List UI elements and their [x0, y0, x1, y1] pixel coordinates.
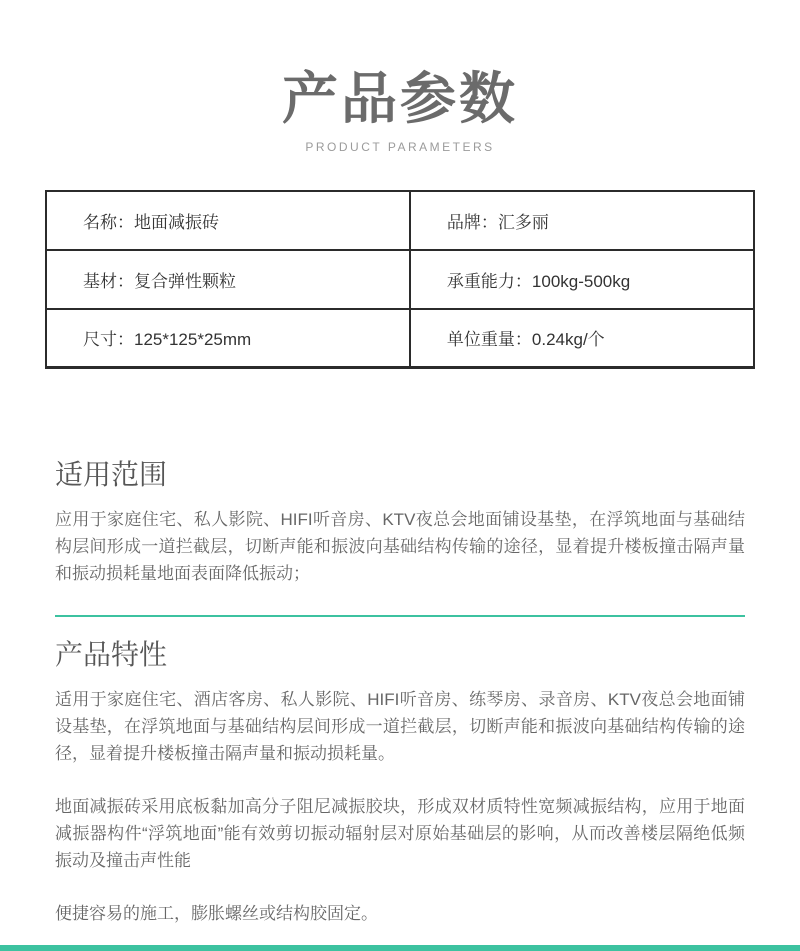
table-row: 尺寸：125*125*25mm 单位重量：0.24kg/个: [46, 309, 754, 368]
section-divider: [55, 615, 745, 617]
page-header: 产品参数 PRODUCT PARAMETERS: [0, 0, 800, 154]
section-product-features: 产品特性 适用于家庭住宅、酒店客房、私人影院、HIFI听音房、练琴房、录音房、K…: [55, 637, 745, 927]
bottom-accent-bar: [0, 945, 800, 951]
spec-cell-brand: 品牌：汇多丽: [410, 191, 754, 250]
product-features-paragraph-3: 便捷容易的施工，膨胀螺丝或结构胶固定。: [55, 900, 745, 927]
section-heading-product-features: 产品特性: [55, 637, 745, 672]
spec-cell-size: 尺寸：125*125*25mm: [46, 309, 410, 368]
page-title: 产品参数: [0, 68, 800, 130]
spec-cell-load-capacity: 承重能力：100kg-500kg: [410, 250, 754, 309]
section-application-scope: 适用范围 应用于家庭住宅、私人影院、HIFI听音房、KTV夜总会地面铺设基垫，在…: [55, 457, 745, 587]
page-subtitle: PRODUCT PARAMETERS: [0, 140, 800, 154]
application-scope-paragraph: 应用于家庭住宅、私人影院、HIFI听音房、KTV夜总会地面铺设基垫，在浮筑地面与…: [55, 506, 745, 587]
table-row: 基材：复合弹性颗粒 承重能力：100kg-500kg: [46, 250, 754, 309]
spec-cell-unit-weight: 单位重量：0.24kg/个: [410, 309, 754, 368]
product-features-paragraph-1: 适用于家庭住宅、酒店客房、私人影院、HIFI听音房、练琴房、录音房、KTV夜总会…: [55, 686, 745, 767]
spec-cell-material: 基材：复合弹性颗粒: [46, 250, 410, 309]
section-heading-application-scope: 适用范围: [55, 457, 745, 492]
product-spec-table: 名称：地面减振砖 品牌：汇多丽 基材：复合弹性颗粒 承重能力：100kg-500…: [45, 190, 755, 370]
spec-cell-name: 名称：地面减振砖: [46, 191, 410, 250]
product-features-paragraph-2: 地面减振砖采用底板黏加高分子阻尼减振胶块，形成双材质特性宽频减振结构，应用于地面…: [55, 793, 745, 874]
table-row: 名称：地面减振砖 品牌：汇多丽: [46, 191, 754, 250]
product-parameters-page: 产品参数 PRODUCT PARAMETERS 名称：地面减振砖 品牌：汇多丽 …: [0, 0, 800, 951]
